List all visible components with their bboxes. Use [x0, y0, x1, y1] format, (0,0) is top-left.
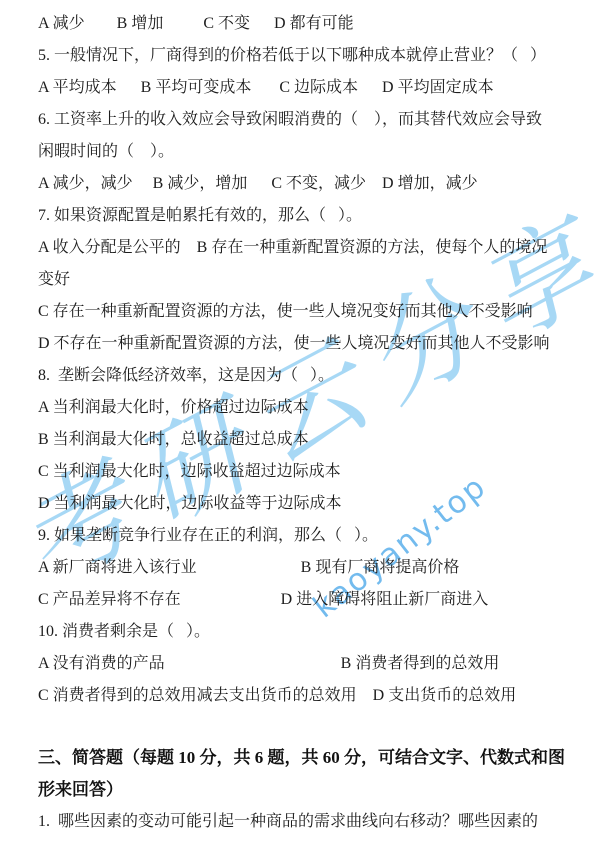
text-line: 5. 一般情况下，厂商得到的价格若低于以下哪种成本就停止营业？（ ）: [38, 40, 588, 72]
text-line: 变好: [38, 264, 588, 296]
text-line: A 减少，减少 B 减少，增加 C 不变，减少 D 增加，减少: [38, 168, 588, 200]
text-line: 形来回答）: [38, 774, 588, 806]
text-line: C 存在一种重新配置资源的方法，使一些人境况变好而其他人不受影响: [38, 296, 588, 328]
text-line: D 当利润最大化时，边际收益等于边际成本: [38, 488, 588, 520]
text-line: 10. 消费者剩余是（ ）。: [38, 616, 588, 648]
document-page: 考研云分享 kaoyany.top A 减少 B 增加 C 不变 D 都有可能5…: [0, 0, 598, 863]
text-line: A 当利润最大化时，价格超过边际成本: [38, 392, 588, 424]
text-line: A 减少 B 增加 C 不变 D 都有可能: [38, 8, 588, 40]
text-line: C 消费者得到的总效用减去支出货币的总效用 D 支出货币的总效用: [38, 680, 588, 712]
text-line: A 没有消费的产品 B 消费者得到的总效用: [38, 648, 588, 680]
text-line: 6. 工资率上升的收入效应会导致闲暇消费的（ ），而其替代效应会导致: [38, 104, 588, 136]
text-line: B 当利润最大化时，总收益超过总成本: [38, 424, 588, 456]
text-line: D 不存在一种重新配置资源的方法，使一些人境况变好而其他人不受影响: [38, 328, 588, 360]
exam-text-content: A 减少 B 增加 C 不变 D 都有可能5. 一般情况下，厂商得到的价格若低于…: [38, 8, 588, 838]
text-line: A 新厂商将进入该行业 B 现有厂商将提高价格: [38, 552, 588, 584]
text-line: 1. 哪些因素的变动可能引起一种商品的需求曲线向右移动？哪些因素的: [38, 806, 588, 838]
text-line: 9. 如果垄断竞争行业存在正的利润，那么（ ）。: [38, 520, 588, 552]
text-line: A 收入分配是公平的 B 存在一种重新配置资源的方法，使每个人的境况: [38, 232, 588, 264]
text-line: 8. 垄断会降低经济效率，这是因为（ ）。: [38, 360, 588, 392]
text-line: C 当利润最大化时，边际收益超过边际成本: [38, 456, 588, 488]
text-line: 7. 如果资源配置是帕累托有效的，那么（ ）。: [38, 200, 588, 232]
text-line: A 平均成本 B 平均可变成本 C 边际成本 D 平均固定成本: [38, 72, 588, 104]
text-line: C 产品差异将不存在 D 进入障碍将阻止新厂商进入: [38, 584, 588, 616]
text-line: 闲暇时间的（ ）。: [38, 136, 588, 168]
text-line: 三、简答题（每题 10 分，共 6 题，共 60 分，可结合文字、代数式和图: [38, 742, 588, 774]
